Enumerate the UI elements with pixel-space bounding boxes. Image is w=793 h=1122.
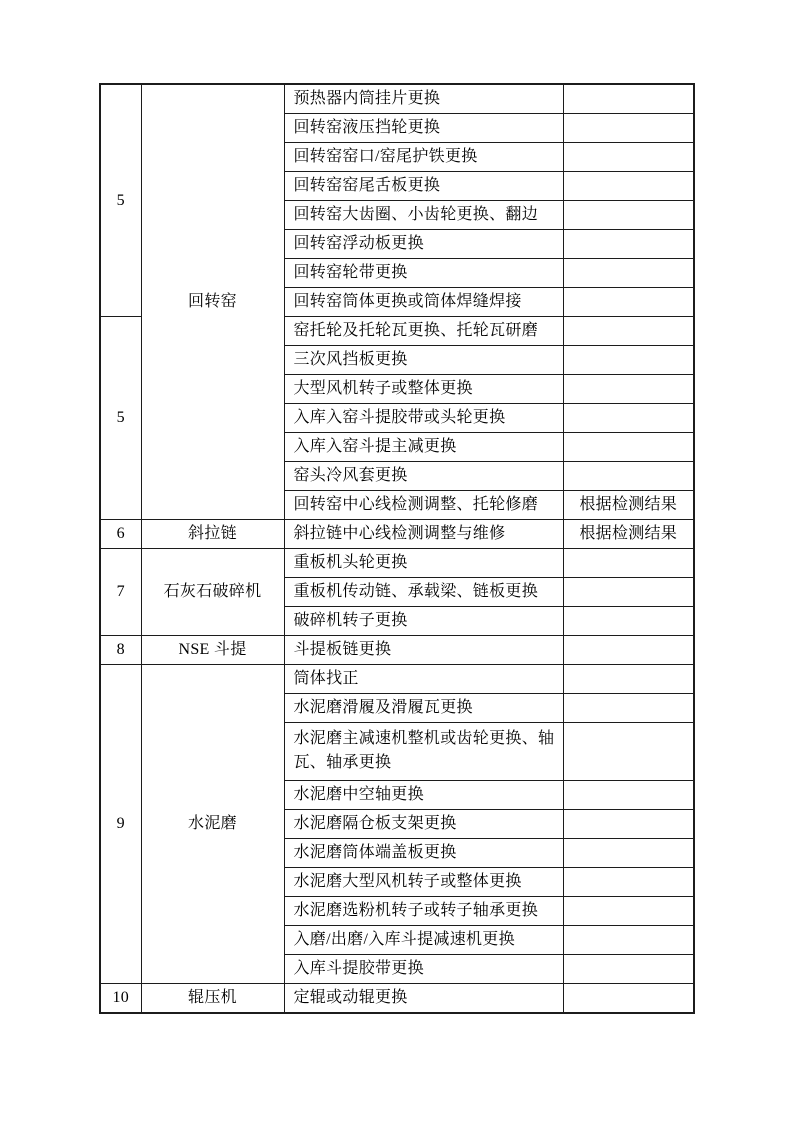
task-cell: 入库斗提胶带更换: [284, 954, 563, 983]
task-cell: 筒体找正: [284, 665, 563, 694]
note-cell: [563, 867, 694, 896]
task-cell: 回转窑筒体更换或筒体焊缝焊接: [284, 288, 563, 317]
table-row: 6 斜拉链 斜拉链中心线检测调整与维修 根据检测结果: [100, 520, 694, 549]
task-cell: 回转窑浮动板更换: [284, 230, 563, 259]
note-cell: [563, 114, 694, 143]
note-cell: [563, 143, 694, 172]
note-cell: [563, 896, 694, 925]
task-cell: 水泥磨选粉机转子或转子轴承更换: [284, 896, 563, 925]
note-cell: [563, 925, 694, 954]
task-cell: 斜拉链中心线检测调整与维修: [284, 520, 563, 549]
task-cell: 入磨/出磨/入库斗提减速机更换: [284, 925, 563, 954]
note-cell: [563, 780, 694, 809]
task-cell: 重板机传动链、承载梁、链板更换: [284, 578, 563, 607]
task-cell: 三次风挡板更换: [284, 346, 563, 375]
task-cell: 重板机头轮更换: [284, 549, 563, 578]
note-cell: [563, 636, 694, 665]
note-cell: [563, 259, 694, 288]
note-cell: [563, 665, 694, 694]
task-cell: 水泥磨滑履及滑履瓦更换: [284, 694, 563, 723]
note-cell: [563, 317, 694, 346]
task-cell: 入库入窑斗提主减更换: [284, 433, 563, 462]
row-number-cell: 5: [100, 317, 141, 520]
task-cell: 回转窑大齿圈、小齿轮更换、翻边: [284, 201, 563, 230]
note-cell: [563, 84, 694, 114]
note-cell: [563, 230, 694, 259]
row-number-cell: 10: [100, 983, 141, 1013]
task-cell: 回转窑窑口/窑尾护铁更换: [284, 143, 563, 172]
task-cell: 回转窑液压挡轮更换: [284, 114, 563, 143]
table-row: 7 石灰石破碎机 重板机头轮更换: [100, 549, 694, 578]
note-cell: [563, 346, 694, 375]
table-row: 8 NSE 斗提 斗提板链更换: [100, 636, 694, 665]
task-cell: 水泥磨筒体端盖板更换: [284, 838, 563, 867]
note-cell: [563, 954, 694, 983]
task-cell: 定辊或动辊更换: [284, 983, 563, 1013]
equipment-cell: NSE 斗提: [141, 636, 284, 665]
note-cell: [563, 375, 694, 404]
row-number-cell: 9: [100, 665, 141, 984]
row-number-cell: 6: [100, 520, 141, 549]
note-cell: [563, 983, 694, 1013]
note-cell: [563, 404, 694, 433]
task-cell: 窑头冷风套更换: [284, 462, 563, 491]
table-row: 10 辊压机 定辊或动辊更换: [100, 983, 694, 1013]
task-cell: 回转窑轮带更换: [284, 259, 563, 288]
note-cell: [563, 607, 694, 636]
task-cell: 大型风机转子或整体更换: [284, 375, 563, 404]
equipment-cell: 回转窑: [141, 84, 284, 520]
note-cell: 根据检测结果: [563, 491, 694, 520]
equipment-cell: 水泥磨: [141, 665, 284, 984]
note-cell: [563, 809, 694, 838]
row-number-cell: 5: [100, 84, 141, 317]
task-cell: 水泥磨中空轴更换: [284, 780, 563, 809]
task-cell: 破碎机转子更换: [284, 607, 563, 636]
table-row: 5 回转窑 预热器内筒挂片更换: [100, 84, 694, 114]
note-cell: [563, 549, 694, 578]
table-row: 9 水泥磨 筒体找正: [100, 665, 694, 694]
task-cell: 回转窑中心线检测调整、托轮修磨: [284, 491, 563, 520]
task-cell: 窑托轮及托轮瓦更换、托轮瓦研磨: [284, 317, 563, 346]
note-cell: [563, 838, 694, 867]
task-cell: 水泥磨大型风机转子或整体更换: [284, 867, 563, 896]
note-cell: [563, 578, 694, 607]
task-cell: 回转窑窑尾舌板更换: [284, 172, 563, 201]
maintenance-table: 5 回转窑 预热器内筒挂片更换 回转窑液压挡轮更换 回转窑窑口/窑尾护铁更换 回…: [99, 83, 695, 1014]
note-cell: [563, 723, 694, 781]
equipment-cell: 石灰石破碎机: [141, 549, 284, 636]
note-cell: 根据检测结果: [563, 520, 694, 549]
task-cell: 水泥磨隔仓板支架更换: [284, 809, 563, 838]
note-cell: [563, 172, 694, 201]
task-cell: 入库入窑斗提胶带或头轮更换: [284, 404, 563, 433]
note-cell: [563, 201, 694, 230]
note-cell: [563, 694, 694, 723]
task-cell: 预热器内筒挂片更换: [284, 84, 563, 114]
task-cell: 水泥磨主减速机整机或齿轮更换、轴瓦、轴承更换: [284, 723, 563, 781]
task-cell: 斗提板链更换: [284, 636, 563, 665]
row-number-cell: 7: [100, 549, 141, 636]
row-number-cell: 8: [100, 636, 141, 665]
note-cell: [563, 288, 694, 317]
equipment-cell: 斜拉链: [141, 520, 284, 549]
note-cell: [563, 462, 694, 491]
equipment-cell: 辊压机: [141, 983, 284, 1013]
document-page: 5 回转窑 预热器内筒挂片更换 回转窑液压挡轮更换 回转窑窑口/窑尾护铁更换 回…: [0, 0, 793, 1122]
note-cell: [563, 433, 694, 462]
